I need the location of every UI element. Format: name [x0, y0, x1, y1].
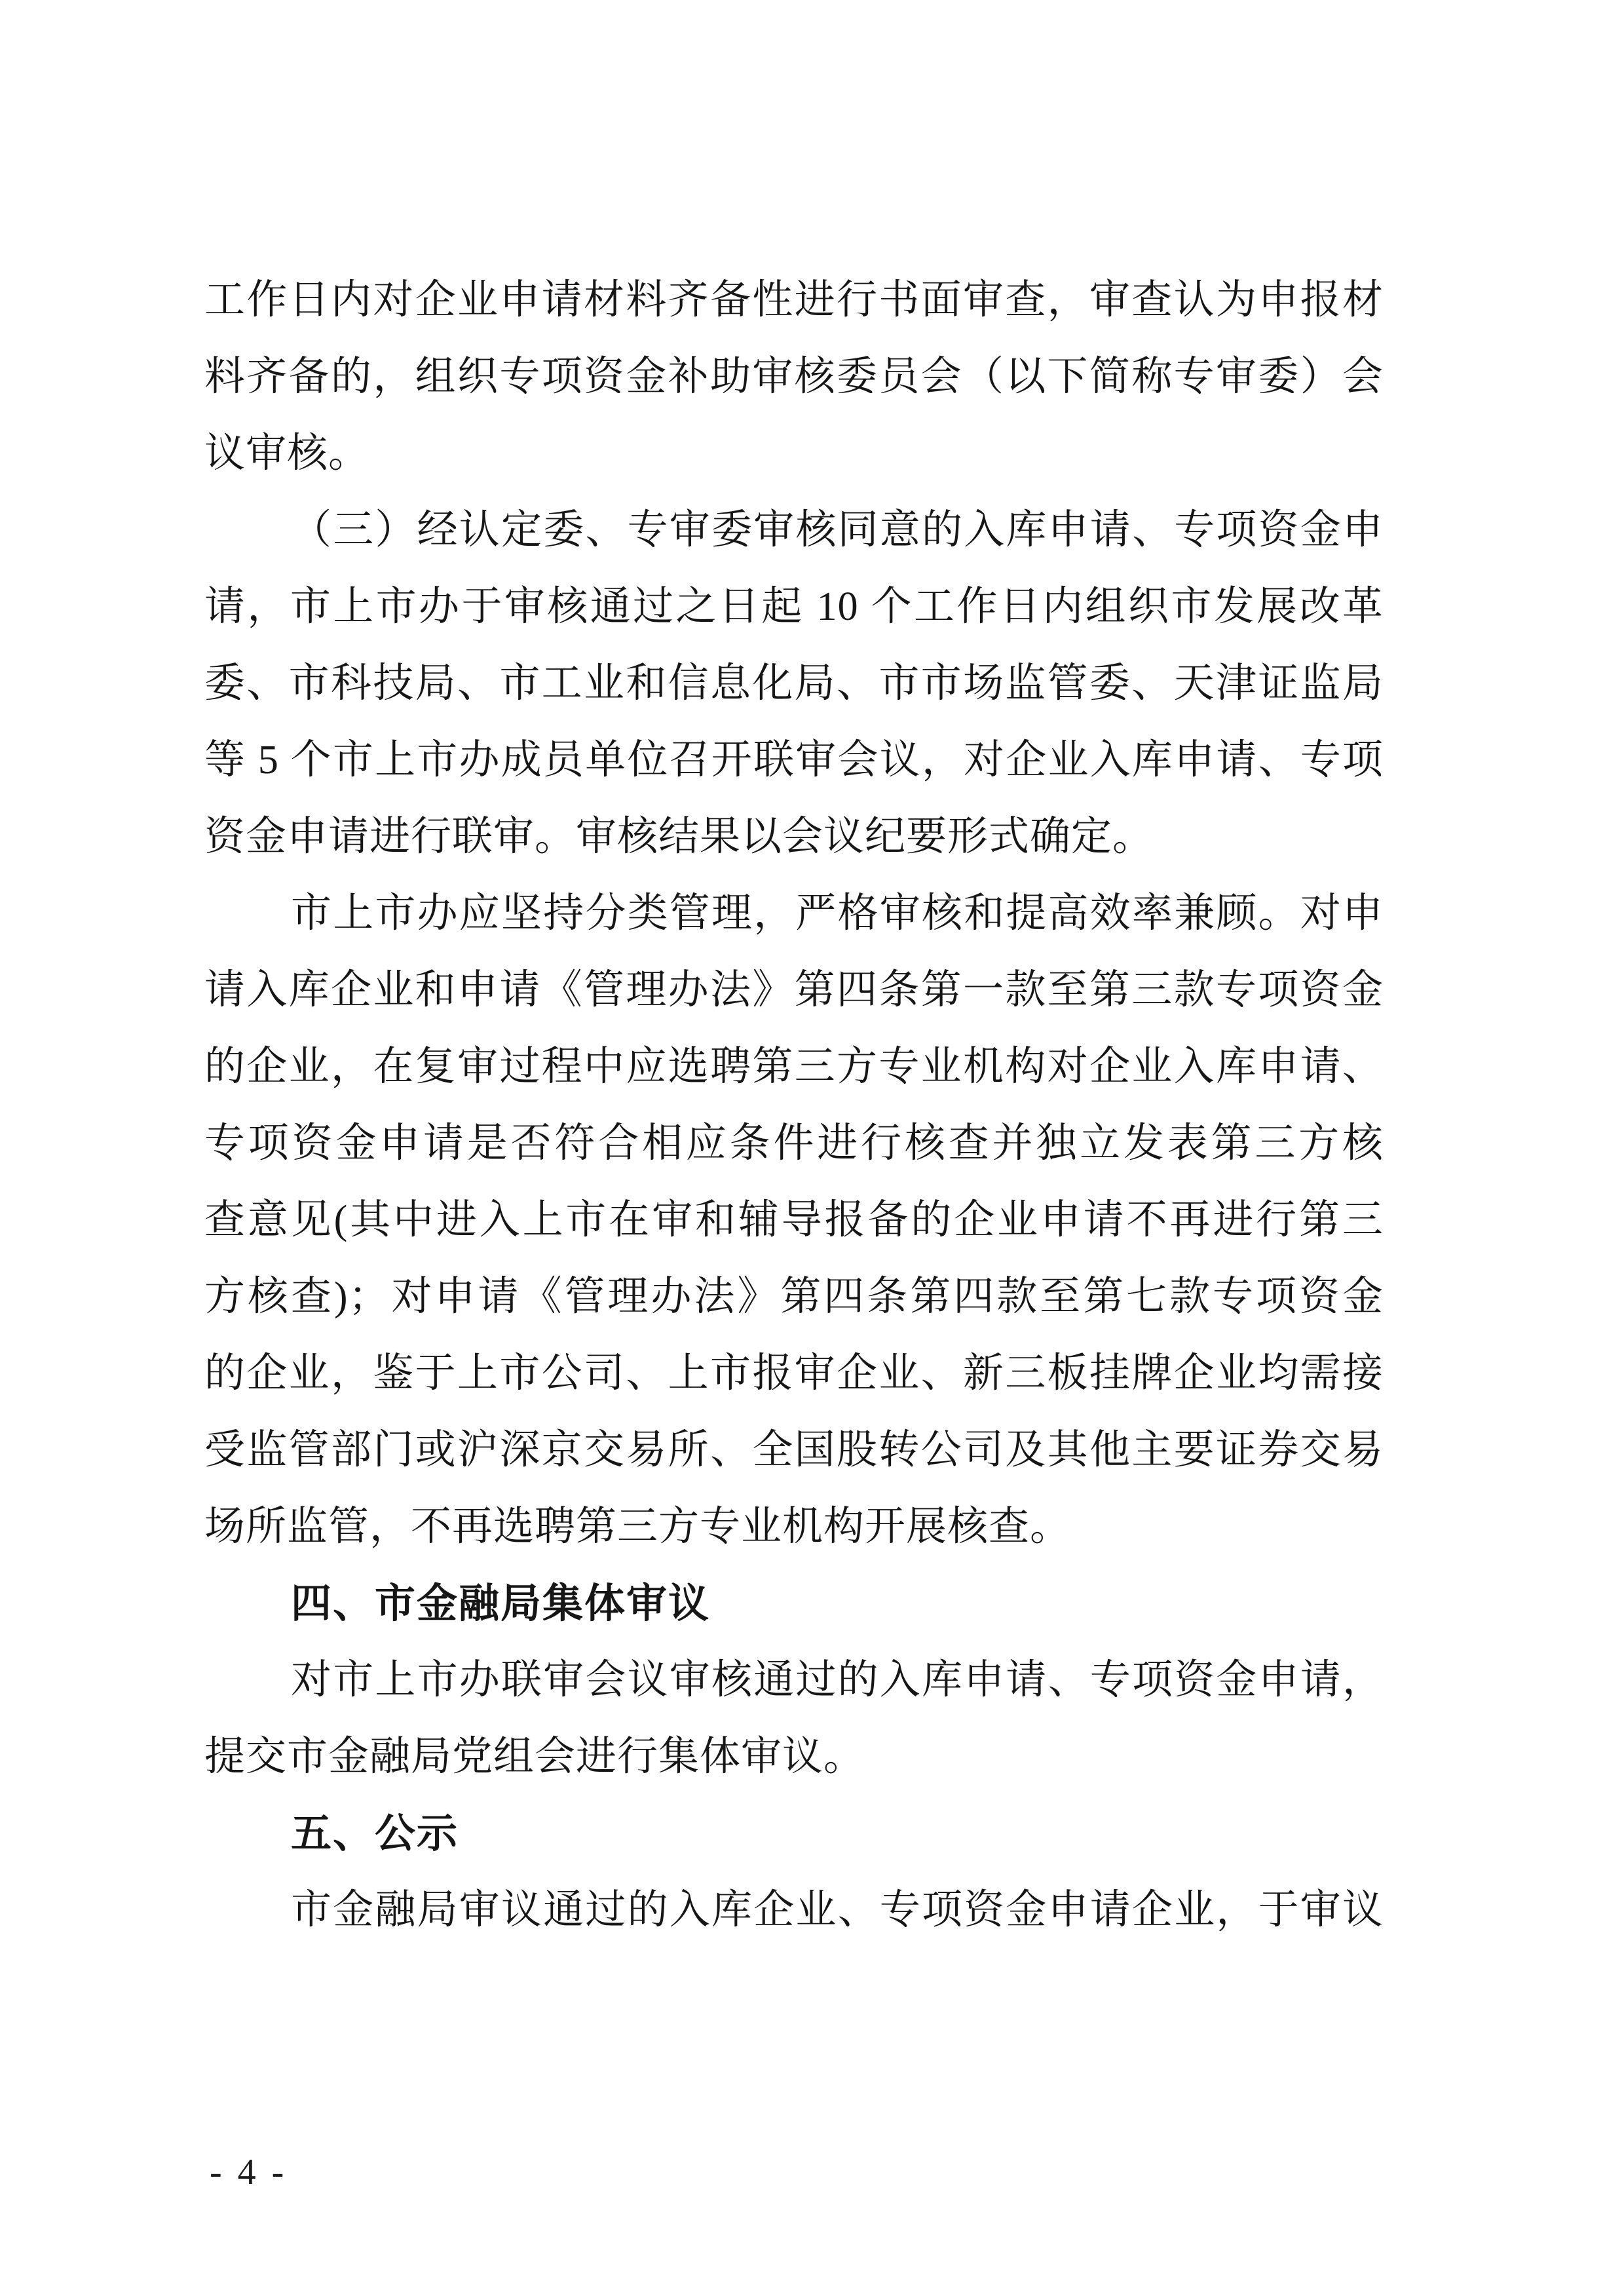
- text-line: 受监管部门或沪深京交易所、全国股转公司及其他主要证券交易: [204, 1412, 1384, 1489]
- text-line: 资金申请进行联审。审核结果以会议纪要形式确定。: [204, 799, 1384, 875]
- text-line: 请入库企业和申请《管理办法》第四条第一款至第三款专项资金: [204, 952, 1384, 1029]
- text-line: 工作日内对企业申请材料齐备性进行书面审查，审查认为申报材: [204, 262, 1384, 339]
- text-line: 料齐备的，组织专项资金补助审核委员会（以下简称专审委）会: [204, 339, 1384, 415]
- text-line: （三）经认定委、专审委审核同意的入库申请、专项资金申: [204, 492, 1384, 569]
- text-line: 等 5 个市上市办成员单位召开联审会议，对企业入库申请、专项: [204, 722, 1384, 799]
- text-line: 市金融局审议通过的入库企业、专项资金申请企业，于审议: [204, 1872, 1384, 1949]
- text-line: 提交市金融局党组会进行集体审议。: [204, 1719, 1384, 1795]
- text-line: 场所监管，不再选聘第三方专业机构开展核查。: [204, 1489, 1384, 1565]
- text-line: 委、市科技局、市工业和信息化局、市市场监管委、天津证监局: [204, 645, 1384, 722]
- text-line: 专项资金申请是否符合相应条件进行核查并独立发表第三方核: [204, 1105, 1384, 1182]
- text-line: 对市上市办联审会议审核通过的入库申请、专项资金申请，: [204, 1642, 1384, 1719]
- text-line: 的企业，在复审过程中应选聘第三方专业机构对企业入库申请、: [204, 1029, 1384, 1105]
- document-page: 工作日内对企业申请材料齐备性进行书面审查，审查认为申报材 料齐备的，组织专项资金…: [0, 0, 1624, 2296]
- section-heading: 五、公示: [204, 1795, 1384, 1872]
- text-line: 方核查)；对申请《管理办法》第四条第四款至第七款专项资金: [204, 1259, 1384, 1335]
- text-line: 市上市办应坚持分类管理，严格审核和提高效率兼顾。对申: [204, 875, 1384, 952]
- page-number: - 4 -: [210, 2152, 287, 2192]
- text-line: 查意见(其中进入上市在审和辅导报备的企业申请不再进行第三: [204, 1182, 1384, 1259]
- text-line: 请，市上市办于审核通过之日起 10 个工作日内组织市发展改革: [204, 569, 1384, 645]
- section-heading: 四、市金融局集体审议: [204, 1565, 1384, 1642]
- text-line: 的企业，鉴于上市公司、上市报审企业、新三板挂牌企业均需接: [204, 1335, 1384, 1412]
- document-body: 工作日内对企业申请材料齐备性进行书面审查，审查认为申报材 料齐备的，组织专项资金…: [204, 262, 1384, 1949]
- text-line: 议审核。: [204, 415, 1384, 492]
